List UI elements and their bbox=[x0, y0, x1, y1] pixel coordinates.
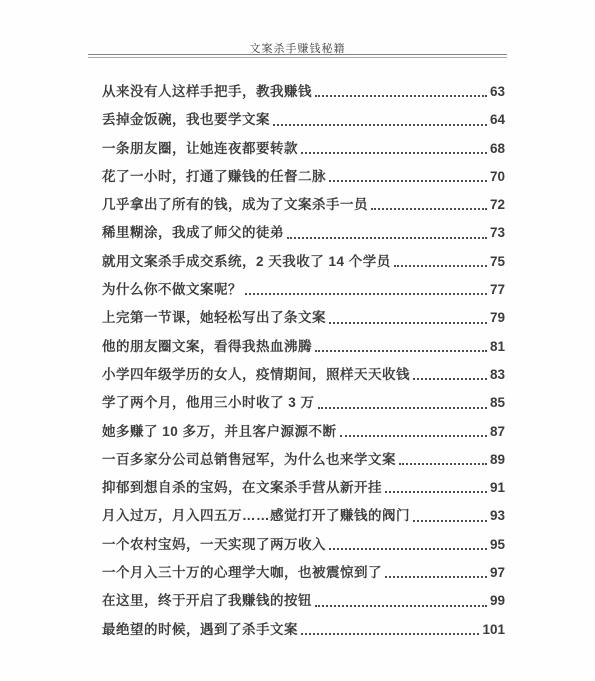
toc-entry-page: 68 bbox=[490, 135, 505, 163]
toc-entry-page: 75 bbox=[490, 248, 505, 276]
toc-entry-title: 为什么你不做文案呢？ bbox=[102, 276, 242, 304]
toc-entry-page: 73 bbox=[490, 219, 505, 247]
dot-leader bbox=[301, 152, 487, 154]
toc-entry: 几乎拿出了所有的钱，成为了文案杀手一员 72 bbox=[102, 191, 505, 219]
dot-leader bbox=[385, 576, 487, 578]
toc-entry-title: 他的朋友圈文案，看得我热血沸腾 bbox=[102, 333, 312, 361]
dot-leader bbox=[273, 124, 487, 126]
dot-leader bbox=[287, 237, 487, 239]
toc-entry: 从来没有人这样手把手，教我赚钱 63 bbox=[102, 78, 505, 106]
toc-entry-title: 小学四年级学历的女人，疫情期间，照样天天收钱 bbox=[102, 361, 410, 389]
toc-entry: 抑郁到想自杀的宝妈，在文案杀手营从新开挂 91 bbox=[102, 474, 505, 502]
toc-entry: 一个月入三十万的心理学大咖，也被震惊到了 97 bbox=[102, 559, 505, 587]
toc-entry-page: 81 bbox=[490, 333, 505, 361]
toc-entry-title: 她多赚了 10 多万，并且客户源源不断 bbox=[102, 418, 337, 446]
toc-entry: 为什么你不做文案呢？ 77 bbox=[102, 276, 505, 304]
toc-entry-page: 77 bbox=[490, 276, 505, 304]
toc-entry: 他的朋友圈文案，看得我热血沸腾 81 bbox=[102, 333, 505, 361]
dot-leader bbox=[329, 322, 487, 324]
dot-leader bbox=[340, 435, 487, 437]
toc-entry-page: 91 bbox=[490, 474, 505, 502]
toc-entry-title: 上完第一节课，她轻松写出了条文案 bbox=[102, 304, 326, 332]
toc-entry: 稀里糊涂，我成了师父的徒弟 73 bbox=[102, 219, 505, 247]
toc-entry-title: 从来没有人这样手把手，教我赚钱 bbox=[102, 78, 312, 106]
toc-entry-page: 64 bbox=[490, 106, 505, 134]
toc-entry-title: 几乎拿出了所有的钱，成为了文案杀手一员 bbox=[102, 191, 368, 219]
toc-entry-page: 87 bbox=[490, 418, 505, 446]
toc-entry-page: 89 bbox=[490, 446, 505, 474]
toc-entry-title: 月入过万，月入四五万……感觉打开了赚钱的阀门 bbox=[102, 502, 410, 530]
toc-entry: 她多赚了 10 多万，并且客户源源不断 87 bbox=[102, 418, 505, 446]
toc-entry: 最绝望的时候，遇到了杀手文案 101 bbox=[102, 616, 505, 644]
dot-leader bbox=[371, 208, 487, 210]
toc-entry: 花了一小时，打通了赚钱的任督二脉 70 bbox=[102, 163, 505, 191]
header-double-rule bbox=[88, 54, 507, 58]
toc-entry: 上完第一节课，她轻松写出了条文案 79 bbox=[102, 304, 505, 332]
dot-leader bbox=[315, 605, 487, 607]
toc-entry: 一个农村宝妈，一天实现了两万收入 95 bbox=[102, 531, 505, 559]
toc-entry-page: 93 bbox=[490, 502, 505, 530]
dot-leader bbox=[394, 265, 487, 267]
toc-entry-page: 99 bbox=[490, 587, 505, 615]
toc-entry: 就用文案杀手成交系统，2 天我收了 14 个学员 75 bbox=[102, 248, 505, 276]
toc-entry: 月入过万，月入四五万……感觉打开了赚钱的阀门 93 bbox=[102, 502, 505, 530]
toc-entry-title: 丢掉金饭碗，我也要学文案 bbox=[102, 106, 270, 134]
toc-entry-title: 花了一小时，打通了赚钱的任督二脉 bbox=[102, 163, 326, 191]
dot-leader bbox=[329, 180, 487, 182]
toc-entry-title: 一个月入三十万的心理学大咖，也被震惊到了 bbox=[102, 559, 382, 587]
toc-entry-page: 70 bbox=[490, 163, 505, 191]
dot-leader bbox=[385, 491, 487, 493]
dot-leader bbox=[301, 633, 479, 635]
dot-leader bbox=[413, 520, 487, 522]
toc-entry-page: 63 bbox=[490, 78, 505, 106]
toc-entry: 小学四年级学历的女人，疫情期间，照样天天收钱 83 bbox=[102, 361, 505, 389]
dot-leader bbox=[329, 548, 487, 550]
toc-entry-page: 101 bbox=[482, 616, 505, 644]
toc-entry-title: 学了两个月，他用三小时收了 3 万 bbox=[102, 389, 315, 417]
toc-entry: 一条朋友圈，让她连夜都要转款 68 bbox=[102, 135, 505, 163]
toc-entry-title: 一百多家分公司总销售冠军，为什么也来学文案 bbox=[102, 446, 396, 474]
toc-entry: 学了两个月，他用三小时收了 3 万 85 bbox=[102, 389, 505, 417]
dot-leader bbox=[399, 463, 487, 465]
toc-entry-page: 85 bbox=[490, 389, 505, 417]
toc-entry-page: 79 bbox=[490, 304, 505, 332]
toc-entry-page: 83 bbox=[490, 361, 505, 389]
document-page: 文案杀手赚钱秘籍 从来没有人这样手把手，教我赚钱 63 丢掉金饭碗，我也要学文案… bbox=[0, 0, 595, 681]
toc-entry-page: 72 bbox=[490, 191, 505, 219]
toc-entry-title: 就用文案杀手成交系统，2 天我收了 14 个学员 bbox=[102, 248, 391, 276]
toc-entry-page: 97 bbox=[490, 559, 505, 587]
dot-leader bbox=[315, 350, 487, 352]
table-of-contents: 从来没有人这样手把手，教我赚钱 63 丢掉金饭碗，我也要学文案 64 一条朋友圈… bbox=[102, 78, 505, 644]
dot-leader bbox=[245, 293, 487, 295]
toc-entry-title: 抑郁到想自杀的宝妈，在文案杀手营从新开挂 bbox=[102, 474, 382, 502]
toc-entry-title: 稀里糊涂，我成了师父的徒弟 bbox=[102, 219, 284, 247]
dot-leader bbox=[413, 378, 487, 380]
toc-entry: 丢掉金饭碗，我也要学文案 64 bbox=[102, 106, 505, 134]
toc-entry-page: 95 bbox=[490, 531, 505, 559]
toc-entry-title: 一个农村宝妈，一天实现了两万收入 bbox=[102, 531, 326, 559]
toc-entry-title: 最绝望的时候，遇到了杀手文案 bbox=[102, 616, 298, 644]
dot-leader bbox=[315, 95, 487, 97]
toc-entry: 一百多家分公司总销售冠军，为什么也来学文案 89 bbox=[102, 446, 505, 474]
toc-entry-title: 在这里，终于开启了我赚钱的按钮 bbox=[102, 587, 312, 615]
toc-entry-title: 一条朋友圈，让她连夜都要转款 bbox=[102, 135, 298, 163]
toc-entry: 在这里，终于开启了我赚钱的按钮 99 bbox=[102, 587, 505, 615]
dot-leader bbox=[318, 407, 487, 409]
